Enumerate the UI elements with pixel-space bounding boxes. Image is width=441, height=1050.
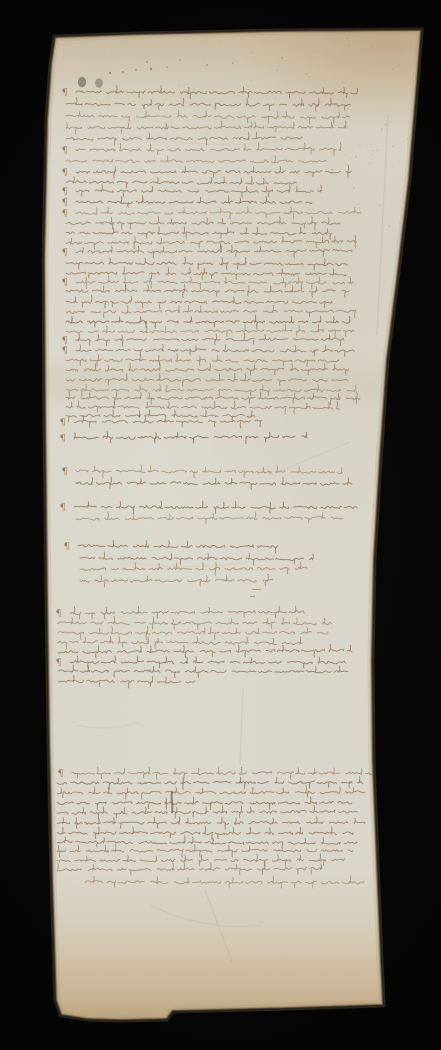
speckle-dot (381, 128, 383, 130)
speckle-dot (251, 52, 253, 54)
paragraph-mark-icon: ¶ (61, 186, 68, 197)
speckle-dot (119, 44, 120, 45)
paragraph-mark-icon: ¶ (63, 541, 70, 552)
speckle-dot (315, 79, 316, 80)
speckle-dot (127, 42, 128, 43)
speckle-dot (194, 88, 195, 89)
paragraph-mark-icon: ¶ (61, 197, 68, 208)
speckle-dot (325, 115, 327, 117)
ink-dot (146, 61, 148, 63)
ink-dot (109, 72, 111, 74)
speckle-dot (355, 155, 357, 157)
paragraph-mark-icon: ¶ (61, 345, 68, 356)
ink-dot (122, 71, 124, 73)
speckle-dot (309, 174, 310, 175)
paragraph-mark-icon: ¶ (59, 502, 66, 513)
speckle-dot (379, 205, 380, 206)
speckle-dot (250, 80, 251, 81)
paragraph-mark-icon: ¶ (61, 167, 68, 178)
paragraph-mark-icon: ¶ (61, 466, 68, 477)
paragraph-mark-icon: ¶ (59, 417, 66, 428)
ink-blot (95, 78, 103, 88)
speckle-dot (137, 51, 138, 52)
speckle-dot (104, 50, 105, 51)
speckle-dot (334, 90, 336, 92)
paragraph-mark-icon: ¶ (61, 277, 68, 288)
speckle-dot (377, 150, 379, 152)
speckle-dot (308, 76, 310, 78)
speckle-dot (372, 154, 373, 155)
ink-dot (232, 62, 234, 64)
speckle-dot (202, 56, 203, 57)
paragraph-mark-icon: ¶ (61, 208, 68, 219)
paragraph-mark-icon: ¶ (55, 657, 62, 668)
speckle-dot (412, 48, 413, 49)
ink-dot (206, 64, 208, 66)
speckle-dot (399, 160, 400, 161)
speckle-dot (359, 144, 360, 145)
speckle-dot (324, 55, 325, 56)
speckle-dot (356, 180, 357, 181)
ink-dot (150, 68, 152, 70)
speckle-dot (314, 51, 315, 52)
speckle-dot (369, 163, 370, 164)
speckle-dot (372, 150, 374, 152)
ink-dot (179, 59, 180, 60)
speckle-dot (179, 84, 180, 85)
speckle-dot (353, 187, 355, 189)
ink-dot (135, 69, 137, 71)
speckle-dot (301, 155, 302, 156)
paragraph-mark-icon: ¶ (55, 608, 62, 619)
speckle-dot (356, 207, 357, 208)
speckle-dot (335, 127, 336, 128)
speckle-dot (261, 40, 263, 42)
speckle-dot (344, 155, 345, 156)
ink-dot (281, 57, 282, 58)
paragraph-mark-icon: ¶ (59, 433, 66, 444)
manuscript-photo: ¶¶¶¶¶¶¶¶¶¶¶¶¶¶¶¶¶¶ (0, 0, 441, 1050)
speckle-dot (358, 207, 360, 209)
speckle-dot (331, 169, 333, 171)
speckle-dot (326, 38, 327, 39)
speckle-dot (343, 122, 344, 123)
speckle-dot (392, 146, 394, 148)
paragraph-mark-icon: ¶ (61, 247, 68, 258)
speckle-dot (276, 70, 278, 72)
paragraph-mark-icon: ¶ (61, 145, 68, 156)
speckle-dot (219, 45, 220, 46)
speckle-dot (317, 188, 318, 189)
speckle-dot (107, 96, 108, 97)
paragraph-mark-icon: ¶ (61, 87, 68, 98)
speckle-dot (274, 74, 275, 75)
speckle-dot (345, 60, 346, 61)
speckle-dot (275, 98, 276, 99)
ink-streak (172, 792, 173, 812)
paragraph-mark-icon: ¶ (57, 768, 64, 779)
speckle-dot (348, 44, 350, 46)
speckle-dot (362, 135, 363, 136)
ink-blot (78, 77, 86, 87)
speckle-dot (371, 47, 372, 48)
ink-layer: ¶¶¶¶¶¶¶¶¶¶¶¶¶¶¶¶¶¶ (0, 0, 441, 1050)
speckle-dot (312, 209, 314, 211)
ink-dot (166, 66, 168, 68)
speckle-dot (331, 51, 332, 52)
speckle-dot (388, 225, 390, 227)
speckle-dot (176, 70, 177, 71)
speckle-dot (346, 38, 348, 40)
speckle-dot (308, 60, 309, 61)
speckle-dot (385, 123, 387, 125)
speckle-dot (305, 73, 307, 75)
speckle-dot (358, 203, 359, 204)
speckle-dot (392, 69, 393, 70)
